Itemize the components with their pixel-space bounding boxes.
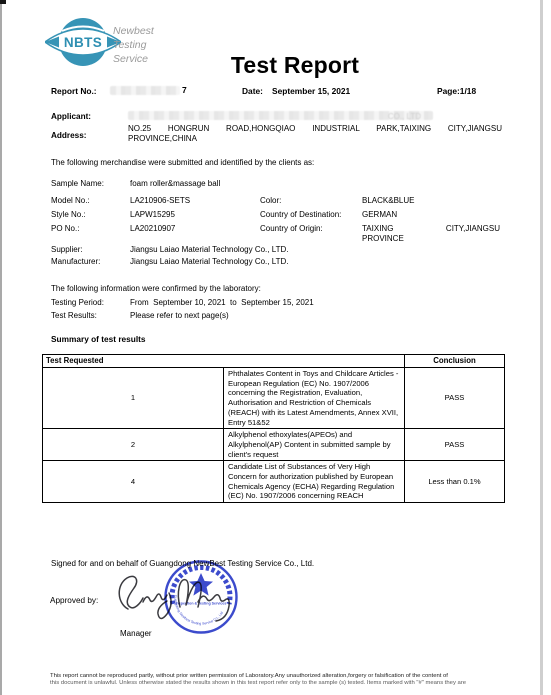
lab-intro: The following information were confirmed… <box>51 284 261 293</box>
svg-text:Guangdong Newbest Testing Serv: Guangdong Newbest Testing Service Co., L… <box>173 595 224 626</box>
manufacturer-label: Manufacturer: <box>51 257 100 266</box>
test-description: Phthalates Content in Toys and Childcare… <box>224 368 405 429</box>
approver-role: Manager <box>120 629 152 638</box>
footer-line-2: this document is unlawful. Unless otherw… <box>50 680 537 687</box>
summary-table: Test Requested Conclusion 1 Phthalates C… <box>42 354 505 503</box>
row-number: 2 <box>43 429 224 461</box>
report-no-value-redacted: 7 <box>110 84 196 96</box>
destination-label: Country of Destination: <box>260 210 341 219</box>
applicant-faint-text: CO., LTD <box>388 112 421 121</box>
testing-period-value: From September 10, 2021 to September 15,… <box>130 298 314 307</box>
address-label: Address: <box>51 131 87 140</box>
approved-by-label: Approved by: <box>50 596 98 605</box>
redaction-smudge <box>110 86 180 95</box>
page-left-edge <box>0 0 2 695</box>
row-number: 4 <box>43 461 224 503</box>
test-results-value: Please refer to next page(s) <box>130 311 229 320</box>
merchandise-intro: The following merchandise were submitted… <box>51 158 314 167</box>
logo-word-3: Service <box>113 53 154 67</box>
table-header-row: Test Requested Conclusion <box>43 355 505 368</box>
manufacturer-value: Jiangsu Laiao Material Technology Co., L… <box>130 257 288 266</box>
model-no-value: LA210906-SETS <box>130 196 190 205</box>
stamp-star-icon <box>189 573 213 596</box>
style-no-value: LAPW15295 <box>130 210 175 219</box>
testing-period-label: Testing Period: <box>51 298 104 307</box>
footer-disclaimer: This report cannot be reproduced partly,… <box>50 673 537 688</box>
address-line-2: PROVINCE,CHINA <box>128 134 502 144</box>
table-row: 4 Candidate List of Substances of Very H… <box>43 461 505 503</box>
table-row: 2 Alkylphenol ethoxylates(APEOs) and Alk… <box>43 429 505 461</box>
test-description: Candidate List of Substances of Very Hig… <box>224 461 405 503</box>
col-header-conclusion: Conclusion <box>405 355 505 368</box>
origin-line-1: TAIXING CITY,JIANGSU <box>362 224 500 234</box>
footer-line-1: This report cannot be reproduced partly,… <box>50 673 537 680</box>
report-no-visible-digit: 7 <box>182 85 187 95</box>
test-description: Alkylphenol ethoxylates(APEOs) and Alkyl… <box>224 429 405 461</box>
page-right-edge <box>540 0 543 695</box>
stamp-center-text: Inspection & Testing Services <box>176 602 227 606</box>
stamp-arc-text: Guangdong Newbest Testing Service Co., L… <box>173 595 224 626</box>
page-number: Page:1/18 <box>437 86 476 96</box>
po-no-value: LA20210907 <box>130 224 175 233</box>
applicant-value-redacted: CO., LTD <box>128 110 433 122</box>
origin-label: Country of Origin: <box>260 224 323 233</box>
supplier-label: Supplier: <box>51 245 83 254</box>
destination-value: GERMAN <box>362 210 397 219</box>
page-corner-artifact <box>0 0 6 4</box>
logo-word-2: Testing <box>113 39 154 53</box>
applicant-label: Applicant: <box>51 112 91 121</box>
summary-heading: Summary of test results <box>51 334 146 344</box>
sample-name-label: Sample Name: <box>51 179 104 188</box>
date-label: Date: <box>242 86 263 96</box>
report-no-label: Report No.: <box>51 86 97 96</box>
style-no-label: Style No.: <box>51 210 86 219</box>
supplier-value: Jiangsu Laiao Material Technology Co., L… <box>130 245 288 254</box>
row-number: 1 <box>43 368 224 429</box>
nbts-logo-icon: NBTS <box>45 17 121 67</box>
origin-value: TAIXING CITY,JIANGSU PROVINCE <box>362 224 500 244</box>
conclusion-value: PASS <box>405 429 505 461</box>
model-no-label: Model No.: <box>51 196 90 205</box>
table-row: 1 Phthalates Content in Toys and Childca… <box>43 368 505 429</box>
logo-word-1: Newbest <box>113 25 154 39</box>
test-report-page: NBTS Newbest Testing Service Test Report… <box>0 0 551 695</box>
test-results-label: Test Results: <box>51 311 97 320</box>
color-label: Color: <box>260 196 281 205</box>
page-title: Test Report <box>180 52 410 79</box>
logo-abbr-text: NBTS <box>64 35 102 50</box>
conclusion-value: PASS <box>405 368 505 429</box>
origin-line-2: PROVINCE <box>362 234 500 244</box>
logo-wordmark: Newbest Testing Service <box>113 25 154 66</box>
col-header-test-requested: Test Requested <box>43 355 405 368</box>
conclusion-value: Less than 0.1% <box>405 461 505 503</box>
color-value: BLACK&BLUE <box>362 196 414 205</box>
date-value: September 15, 2021 <box>272 86 350 96</box>
company-stamp: Inspection & Testing Services Guangdong … <box>162 558 240 636</box>
address-line-1: NO.25 HONGRUN ROAD,HONGQIAO INDUSTRIAL P… <box>128 124 502 134</box>
sample-name-value: foam roller&massage ball <box>130 179 220 188</box>
po-no-label: PO No.: <box>51 224 79 233</box>
address-value: NO.25 HONGRUN ROAD,HONGQIAO INDUSTRIAL P… <box>128 124 502 144</box>
